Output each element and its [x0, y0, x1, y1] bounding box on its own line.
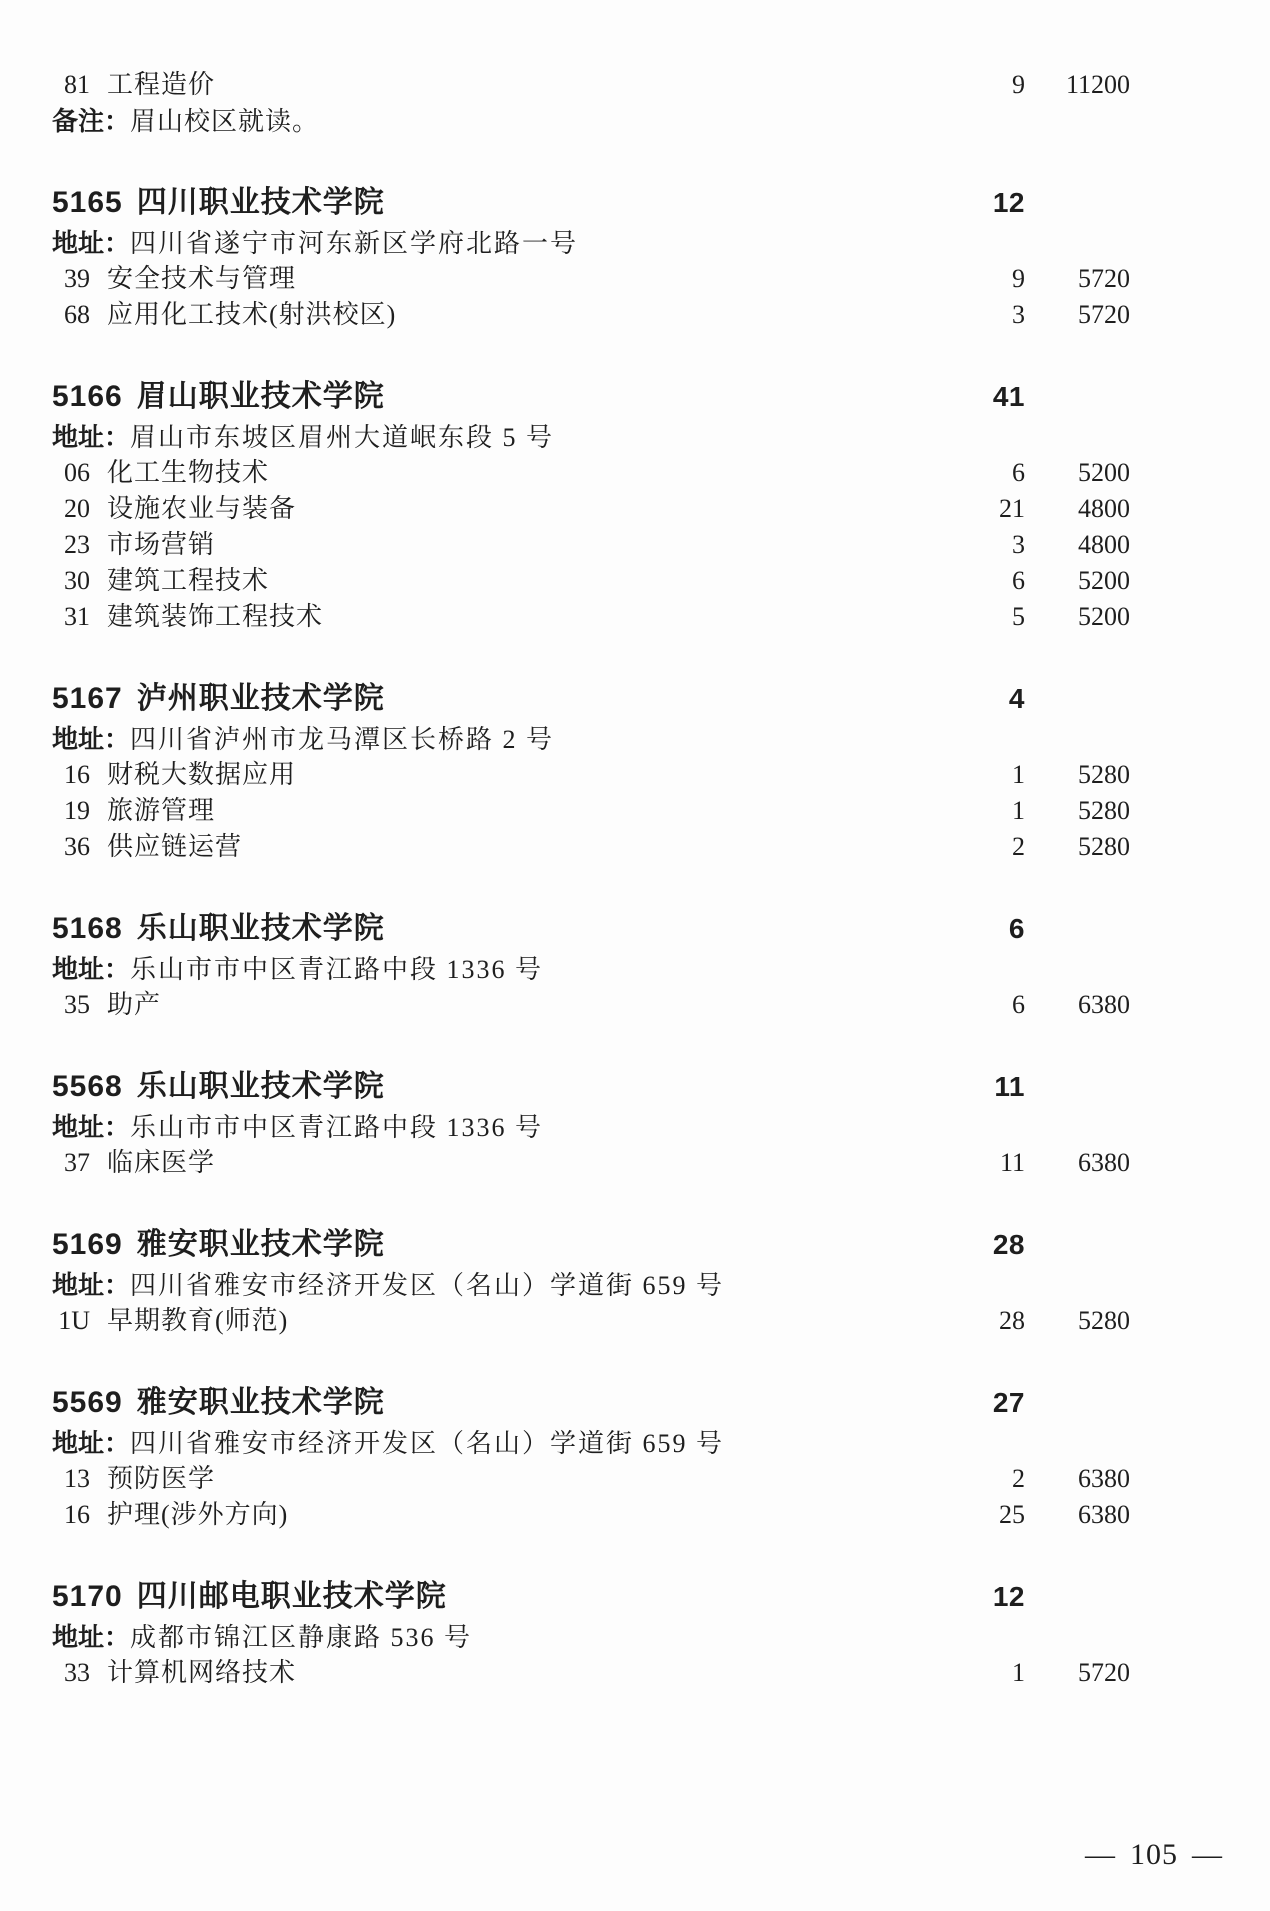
major-fee: 5280: [1025, 760, 1130, 790]
major-count: 6: [945, 458, 1025, 488]
major-count: 1: [945, 1658, 1025, 1688]
major-name: 化工生物技术: [107, 458, 945, 488]
note-row: 备注： 眉山校区就读。: [52, 106, 1130, 136]
major-fee: 5280: [1025, 1306, 1130, 1336]
address-row: 地址： 四川省雅安市经济开发区（名山）学道街 659 号: [52, 1428, 1130, 1458]
college-code: 5168: [52, 912, 123, 946]
address-text: 乐山市市中区青江路中段 1336 号: [130, 1113, 1130, 1143]
major-count: 2: [945, 832, 1025, 862]
college-section: 5166 眉山职业技术学院 41 地址： 眉山市东坡区眉州大道岷东段 5 号 0…: [52, 380, 1130, 632]
college-code: 5569: [52, 1386, 123, 1420]
page-number-dash-right: —: [1192, 1838, 1223, 1872]
college-section: 5170 四川邮电职业技术学院 12 地址： 成都市锦江区静康路 536 号 3…: [52, 1580, 1130, 1688]
address-row: 地址： 乐山市市中区青江路中段 1336 号: [52, 954, 1130, 984]
college-count: 28: [945, 1228, 1025, 1262]
major-code: 16: [52, 760, 90, 790]
college-code: 5166: [52, 380, 123, 414]
college-header: 5568 乐山职业技术学院 11: [52, 1070, 1130, 1104]
major-row: 30 建筑工程技术 6 5200: [52, 566, 1130, 596]
address-text: 眉山市东坡区眉州大道岷东段 5 号: [130, 423, 1130, 453]
major-code: 33: [52, 1658, 90, 1688]
address-row: 地址： 四川省遂宁市河东新区学府北路一号: [52, 228, 1130, 258]
page-number-dash-left: —: [1085, 1838, 1116, 1872]
college-header: 5165 四川职业技术学院 12: [52, 186, 1130, 220]
major-code: 30: [52, 566, 90, 596]
college-count: 12: [945, 186, 1025, 220]
college-header: 5167 泸州职业技术学院 4: [52, 682, 1130, 716]
major-name: 财税大数据应用: [107, 760, 945, 790]
major-code: 35: [52, 990, 90, 1020]
major-row: 23 市场营销 3 4800: [52, 530, 1130, 560]
major-fee: 6380: [1025, 1464, 1130, 1494]
major-row: 37 临床医学 11 6380: [52, 1148, 1130, 1178]
major-fee: 5280: [1025, 796, 1130, 826]
address-text: 乐山市市中区青江路中段 1336 号: [130, 955, 1130, 985]
address-row: 地址： 四川省雅安市经济开发区（名山）学道街 659 号: [52, 1270, 1130, 1300]
major-name: 旅游管理: [107, 796, 945, 826]
major-fee: 6380: [1025, 990, 1130, 1020]
major-row: 19 旅游管理 1 5280: [52, 796, 1130, 826]
college-name: 雅安职业技术学院: [137, 1228, 945, 1262]
address-text: 四川省泸州市龙马潭区长桥路 2 号: [130, 725, 1130, 755]
major-row: 33 计算机网络技术 1 5720: [52, 1658, 1130, 1688]
major-code: 06: [52, 458, 90, 488]
address-text: 四川省雅安市经济开发区（名山）学道街 659 号: [130, 1429, 1130, 1459]
major-count: 11: [945, 1148, 1025, 1178]
major-row: 36 供应链运营 2 5280: [52, 832, 1130, 862]
major-name: 设施农业与装备: [107, 494, 945, 524]
major-name: 安全技术与管理: [107, 264, 945, 294]
major-fee: 5200: [1025, 566, 1130, 596]
college-name: 泸州职业技术学院: [137, 682, 945, 716]
address-row: 地址： 四川省泸州市龙马潭区长桥路 2 号: [52, 724, 1130, 754]
college-code: 5167: [52, 682, 123, 716]
major-name: 护理(涉外方向): [107, 1500, 945, 1530]
college-code: 5170: [52, 1580, 123, 1614]
major-fee: 5720: [1025, 264, 1130, 294]
major-fee: 5720: [1025, 1658, 1130, 1688]
college-count: 12: [945, 1580, 1025, 1614]
college-count: 27: [945, 1386, 1025, 1420]
major-fee: 11200: [1025, 70, 1130, 100]
major-name: 建筑装饰工程技术: [107, 602, 945, 632]
note-label: 备注：: [52, 106, 130, 136]
major-row: 81 工程造价 9 11200: [52, 70, 1130, 100]
major-code: 1U: [52, 1306, 90, 1336]
major-fee: 5200: [1025, 602, 1130, 632]
college-header: 5569 雅安职业技术学院 27: [52, 1386, 1130, 1420]
major-count: 2: [945, 1464, 1025, 1494]
page-content: 81 工程造价 9 11200 备注： 眉山校区就读。 5165 四川职业技术学…: [52, 70, 1130, 1694]
document-page: 81 工程造价 9 11200 备注： 眉山校区就读。 5165 四川职业技术学…: [0, 0, 1270, 1911]
major-row: 06 化工生物技术 6 5200: [52, 458, 1130, 488]
major-fee: 6380: [1025, 1500, 1130, 1530]
address-label: 地址：: [52, 1270, 130, 1300]
major-code: 68: [52, 300, 90, 330]
college-section: 5168 乐山职业技术学院 6 地址： 乐山市市中区青江路中段 1336 号 3…: [52, 912, 1130, 1020]
major-row: 16 财税大数据应用 1 5280: [52, 760, 1130, 790]
major-code: 20: [52, 494, 90, 524]
major-name: 预防医学: [107, 1464, 945, 1494]
college-count: 11: [945, 1070, 1025, 1104]
major-count: 9: [945, 70, 1025, 100]
address-row: 地址： 乐山市市中区青江路中段 1336 号: [52, 1112, 1130, 1142]
major-name: 临床医学: [107, 1148, 945, 1178]
major-count: 1: [945, 760, 1025, 790]
major-name: 建筑工程技术: [107, 566, 945, 596]
college-code: 5165: [52, 186, 123, 220]
major-row: 13 预防医学 2 6380: [52, 1464, 1130, 1494]
major-count: 5: [945, 602, 1025, 632]
major-count: 1: [945, 796, 1025, 826]
college-count: 41: [945, 380, 1025, 414]
major-code: 19: [52, 796, 90, 826]
major-row: 35 助产 6 6380: [52, 990, 1130, 1020]
address-row: 地址： 眉山市东坡区眉州大道岷东段 5 号: [52, 422, 1130, 452]
major-name: 工程造价: [107, 70, 945, 100]
major-count: 3: [945, 530, 1025, 560]
college-name: 四川邮电职业技术学院: [137, 1580, 945, 1614]
major-count: 3: [945, 300, 1025, 330]
major-code: 23: [52, 530, 90, 560]
major-name: 早期教育(师范): [107, 1306, 945, 1336]
major-fee: 4800: [1025, 530, 1130, 560]
major-row: 1U 早期教育(师范) 28 5280: [52, 1306, 1130, 1336]
college-section: 5167 泸州职业技术学院 4 地址： 四川省泸州市龙马潭区长桥路 2 号 16…: [52, 682, 1130, 862]
major-count: 21: [945, 494, 1025, 524]
college-count: 4: [945, 682, 1025, 716]
college-name: 乐山职业技术学院: [137, 1070, 945, 1104]
college-header: 5166 眉山职业技术学院 41: [52, 380, 1130, 414]
major-code: 37: [52, 1148, 90, 1178]
major-fee: 5720: [1025, 300, 1130, 330]
major-fee: 4800: [1025, 494, 1130, 524]
address-label: 地址：: [52, 724, 130, 754]
college-name: 乐山职业技术学院: [137, 912, 945, 946]
major-count: 25: [945, 1500, 1025, 1530]
major-fee: 5200: [1025, 458, 1130, 488]
major-count: 6: [945, 990, 1025, 1020]
college-name: 四川职业技术学院: [137, 186, 945, 220]
major-count: 9: [945, 264, 1025, 294]
major-name: 市场营销: [107, 530, 945, 560]
college-header: 5170 四川邮电职业技术学院 12: [52, 1580, 1130, 1614]
major-fee: 6380: [1025, 1148, 1130, 1178]
address-label: 地址：: [52, 228, 130, 258]
address-text: 四川省遂宁市河东新区学府北路一号: [130, 229, 1130, 259]
major-code: 81: [52, 70, 90, 100]
major-code: 31: [52, 602, 90, 632]
address-row: 地址： 成都市锦江区静康路 536 号: [52, 1622, 1130, 1652]
college-section: 5568 乐山职业技术学院 11 地址： 乐山市市中区青江路中段 1336 号 …: [52, 1070, 1130, 1178]
major-row: 68 应用化工技术(射洪校区) 3 5720: [52, 300, 1130, 330]
major-fee: 5280: [1025, 832, 1130, 862]
major-row: 31 建筑装饰工程技术 5 5200: [52, 602, 1130, 632]
note-text: 眉山校区就读。: [130, 107, 1130, 137]
major-row: 16 护理(涉外方向) 25 6380: [52, 1500, 1130, 1530]
college-section: 5569 雅安职业技术学院 27 地址： 四川省雅安市经济开发区（名山）学道街 …: [52, 1386, 1130, 1530]
major-row: 39 安全技术与管理 9 5720: [52, 264, 1130, 294]
college-header: 5169 雅安职业技术学院 28: [52, 1228, 1130, 1262]
major-name: 供应链运营: [107, 832, 945, 862]
address-label: 地址：: [52, 954, 130, 984]
address-text: 四川省雅安市经济开发区（名山）学道街 659 号: [130, 1271, 1130, 1301]
page-number: — 105 —: [1085, 1838, 1223, 1872]
college-header: 5168 乐山职业技术学院 6: [52, 912, 1130, 946]
address-label: 地址：: [52, 1428, 130, 1458]
major-code: 39: [52, 264, 90, 294]
college-code: 5169: [52, 1228, 123, 1262]
major-count: 6: [945, 566, 1025, 596]
major-code: 36: [52, 832, 90, 862]
college-section: 5169 雅安职业技术学院 28 地址： 四川省雅安市经济开发区（名山）学道街 …: [52, 1228, 1130, 1336]
address-text: 成都市锦江区静康路 536 号: [130, 1623, 1130, 1653]
college-section: 5165 四川职业技术学院 12 地址： 四川省遂宁市河东新区学府北路一号 39…: [52, 186, 1130, 330]
major-name: 计算机网络技术: [107, 1658, 945, 1688]
college-code: 5568: [52, 1070, 123, 1104]
major-code: 16: [52, 1500, 90, 1530]
major-name: 助产: [107, 990, 945, 1020]
address-label: 地址：: [52, 1622, 130, 1652]
college-name: 雅安职业技术学院: [137, 1386, 945, 1420]
major-row: 20 设施农业与装备 21 4800: [52, 494, 1130, 524]
college-name: 眉山职业技术学院: [137, 380, 945, 414]
page-number-value: 105: [1130, 1838, 1178, 1872]
major-name: 应用化工技术(射洪校区): [107, 300, 945, 330]
major-count: 28: [945, 1306, 1025, 1336]
address-label: 地址：: [52, 422, 130, 452]
college-count: 6: [945, 912, 1025, 946]
major-code: 13: [52, 1464, 90, 1494]
address-label: 地址：: [52, 1112, 130, 1142]
